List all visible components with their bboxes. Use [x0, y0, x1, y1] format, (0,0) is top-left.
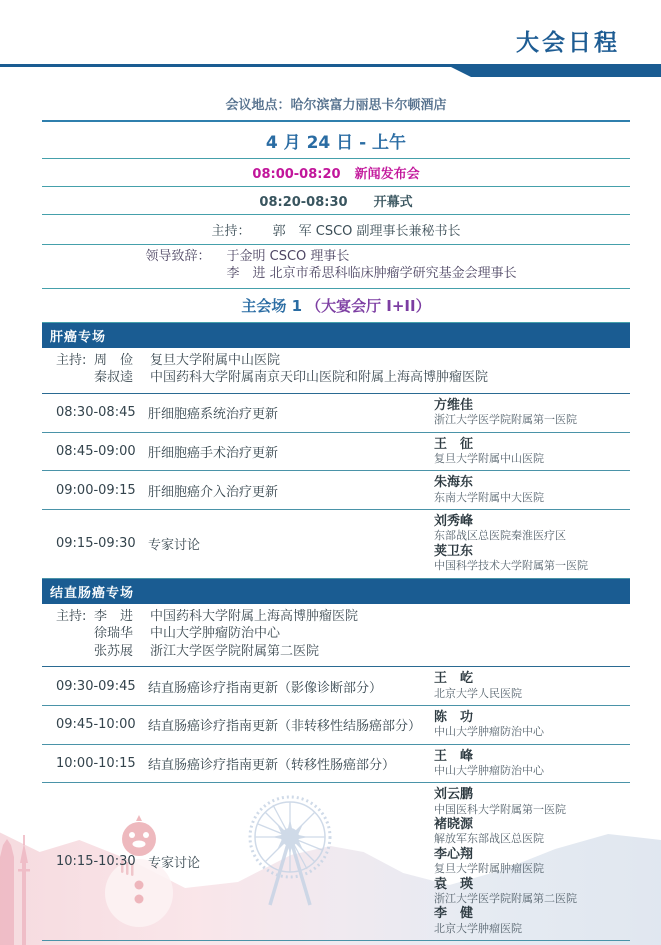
row-time: 10:15-10:30: [42, 854, 148, 869]
session-colorectal-chairs: 主持: 李 进 中国药科大学附属上海高博肿瘤医院 徐瑞华 中山大学肿瘤防治中心 …: [42, 604, 630, 668]
schedule-table: 4 月 24 日 - 上午 08:00-08:20新闻发布会 08:20-08:…: [42, 120, 630, 941]
row-venue: 主会场 1（大宴会厅 I+II）: [42, 289, 630, 323]
speaker-affiliation: 复旦大学附属中山医院: [434, 452, 630, 465]
speaker-affiliation: 中山大学肿瘤防治中心: [434, 725, 630, 738]
chair-affiliation: 中国药科大学附属南京天印山医院和附属上海高博肿瘤医院: [150, 369, 630, 387]
row-topic: 肝细胞癌系统治疗更新: [148, 403, 434, 422]
chair-line: 徐瑞华 中山大学肿瘤防治中心: [56, 625, 630, 643]
speaker-name: 李 健: [434, 906, 630, 921]
program-content: 会议地点：哈尔滨富力丽思卡尔顿酒店 4 月 24 日 - 上午 08:00-08…: [42, 92, 630, 941]
opening-time: 08:20-08:30: [259, 195, 347, 210]
row-speakers: 刘秀峰 东部战区总医院秦淮医疗区 荚卫东 中国科学技术大学附属第一医院: [434, 513, 630, 574]
agenda-row: 09:00-09:15 肝细胞癌介入治疗更新 朱海东 东南大学附属中大医院: [42, 471, 630, 510]
row-topic: 肝细胞癌手术治疗更新: [148, 442, 434, 461]
row-host: 主持： 郭 军 CSCO 副理事长兼秘书长: [42, 215, 630, 245]
venue-sub: （大宴会厅 I+II）: [306, 297, 431, 315]
agenda-row-discussion: 09:15-09:30 专家讨论 刘秀峰 东部战区总医院秦淮医疗区 荚卫东 中国…: [42, 510, 630, 578]
speaker-name: 方维佳: [434, 398, 630, 413]
row-speakers: 方维佳 浙江大学医学院附属第一医院: [434, 397, 630, 429]
speaker-affiliation: 复旦大学附属肿瘤医院: [434, 862, 630, 875]
chair-name: 徐瑞华: [94, 625, 142, 643]
host-value: 郭 军 CSCO 副理事长兼秘书长: [273, 224, 461, 239]
row-press-conference: 08:00-08:20新闻发布会: [42, 159, 630, 187]
speaker-affiliation: 东南大学附属中大医院: [434, 491, 630, 504]
row-speakers: 刘云鹏 中国医科大学附属第一医院 褚晓源 解放军东部战区总医院 李心翔 复旦大学…: [434, 786, 630, 937]
date-header: 4 月 24 日 - 上午: [42, 122, 630, 159]
row-speeches: 领导致辞： 于金明 CSCO 理事长 李 进 北京市希思科临床肿瘤学研究基金会理…: [42, 245, 630, 289]
speaker-name: 陈 功: [434, 710, 630, 725]
agenda-row: 10:00-10:15 结直肠癌诊疗指南更新（转移性肠癌部分） 王 峰 中山大学…: [42, 745, 630, 784]
row-topic: 结直肠癌诊疗指南更新（转移性肠癌部分）: [148, 754, 434, 773]
row-topic: 结直肠癌诊疗指南更新（非转移性结肠癌部分）: [148, 715, 434, 734]
venue-main: 主会场 1: [241, 297, 302, 315]
row-topic: 专家讨论: [148, 534, 434, 553]
row-topic: 结直肠癌诊疗指南更新（影像诊断部分）: [148, 677, 434, 696]
chair-name: 秦叔逵: [94, 369, 142, 387]
row-opening-ceremony: 08:20-08:30开幕式: [42, 187, 630, 215]
speaker-name: 袁 瑛: [434, 877, 630, 892]
row-time: 09:45-10:00: [42, 717, 148, 732]
row-time: 10:00-10:15: [42, 756, 148, 771]
agenda-row: 08:30-08:45 肝细胞癌系统治疗更新 方维佳 浙江大学医学院附属第一医院: [42, 394, 630, 433]
press-time: 08:00-08:20: [252, 167, 340, 182]
chair-line: 张苏展 浙江大学医学院附属第二医院: [56, 643, 630, 661]
row-topic: 专家讨论: [148, 852, 434, 871]
speaker-affiliation: 解放军东部战区总医院: [434, 832, 630, 845]
agenda-row: 09:45-10:00 结直肠癌诊疗指南更新（非转移性结肠癌部分） 陈 功 中山…: [42, 706, 630, 745]
speaker-affiliation: 中国医科大学附属第一医院: [434, 803, 630, 816]
speaker-affiliation: 北京大学肿瘤医院: [434, 922, 630, 935]
speaker-name: 朱海东: [434, 475, 630, 490]
speaker-affiliation: 中山大学肿瘤防治中心: [434, 764, 630, 777]
speech-label: 领导致辞：: [145, 249, 210, 266]
agenda-row-discussion: 10:15-10:30 专家讨论 刘云鹏 中国医科大学附属第一医院 褚晓源 解放…: [42, 783, 630, 941]
session-liver-chairs: 主持: 周 俭 复旦大学附属中山医院 秦叔逵 中国药科大学附属南京天印山医院和附…: [42, 348, 630, 394]
row-speakers: 王 峰 中山大学肿瘤防治中心: [434, 748, 630, 780]
row-speakers: 王 征 复旦大学附属中山医院: [434, 436, 630, 468]
row-speakers: 王 屹 北京大学人民医院: [434, 670, 630, 702]
chairs-label: 主持:: [56, 352, 94, 370]
row-time: 09:00-09:15: [42, 483, 148, 498]
chair-affiliation: 复旦大学附属中山医院: [150, 352, 630, 370]
header-band: [445, 64, 661, 77]
session-title-colorectal: 结直肠癌专场: [42, 579, 630, 604]
row-speakers: 朱海东 东南大学附属中大医院: [434, 474, 630, 506]
row-time: 08:45-09:00: [42, 444, 148, 459]
agenda-row: 09:30-09:45 结直肠癌诊疗指南更新（影像诊断部分） 王 屹 北京大学人…: [42, 667, 630, 706]
speaker-name: 王 征: [434, 437, 630, 452]
speaker-affiliation: 浙江大学医学院附属第一医院: [434, 413, 630, 426]
page-title: 大会日程: [516, 24, 620, 57]
row-time: 09:15-09:30: [42, 536, 148, 551]
chair-name: 李 进: [94, 608, 142, 626]
speaker-affiliation: 北京大学人民医院: [434, 687, 630, 700]
speaker-affiliation: 中国科学技术大学附属第一医院: [434, 559, 630, 572]
host-label: 主持：: [211, 224, 250, 239]
speaker-name: 李心翔: [434, 847, 630, 862]
chair-line: 主持: 李 进 中国药科大学附属上海高博肿瘤医院: [56, 608, 630, 626]
speaker-name: 刘秀峰: [434, 514, 630, 529]
speaker-name: 荚卫东: [434, 544, 630, 559]
chair-name: 张苏展: [94, 643, 142, 661]
chair-affiliation: 中国药科大学附属上海高博肿瘤医院: [150, 608, 630, 626]
row-time: 08:30-08:45: [42, 405, 148, 420]
speaker-name: 刘云鹏: [434, 787, 630, 802]
speaker-name: 褚晓源: [434, 817, 630, 832]
speaker-affiliation: 东部战区总医院秦淮医疗区: [434, 529, 630, 542]
chair-name: 周 俭: [94, 352, 142, 370]
session-title-liver: 肝癌专场: [42, 323, 630, 348]
row-speakers: 陈 功 中山大学肿瘤防治中心: [434, 709, 630, 741]
speaker-affiliation: 浙江大学医学院附属第二医院: [434, 892, 630, 905]
chair-affiliation: 中山大学肿瘤防治中心: [150, 625, 630, 643]
speech-line: 李 进 北京市希思科临床肿瘤学研究基金会理事长: [227, 266, 527, 283]
speech-lines: 于金明 CSCO 理事长 李 进 北京市希思科临床肿瘤学研究基金会理事长: [227, 249, 527, 283]
agenda-row: 08:45-09:00 肝细胞癌手术治疗更新 王 征 复旦大学附属中山医院: [42, 433, 630, 472]
chairs-label: 主持:: [56, 608, 94, 626]
chair-line: 秦叔逵 中国药科大学附属南京天印山医院和附属上海高博肿瘤医院: [56, 369, 630, 387]
location-line: 会议地点：哈尔滨富力丽思卡尔顿酒店: [42, 92, 630, 120]
speaker-name: 王 屹: [434, 671, 630, 686]
chair-affiliation: 浙江大学医学院附属第二医院: [150, 643, 630, 661]
row-topic: 肝细胞癌介入治疗更新: [148, 481, 434, 500]
press-label: 新闻发布会: [355, 167, 420, 182]
opening-label: 开幕式: [374, 195, 413, 210]
speaker-name: 王 峰: [434, 749, 630, 764]
row-time: 09:30-09:45: [42, 679, 148, 694]
chair-line: 主持: 周 俭 复旦大学附属中山医院: [56, 352, 630, 370]
speech-line: 于金明 CSCO 理事长: [227, 249, 527, 266]
